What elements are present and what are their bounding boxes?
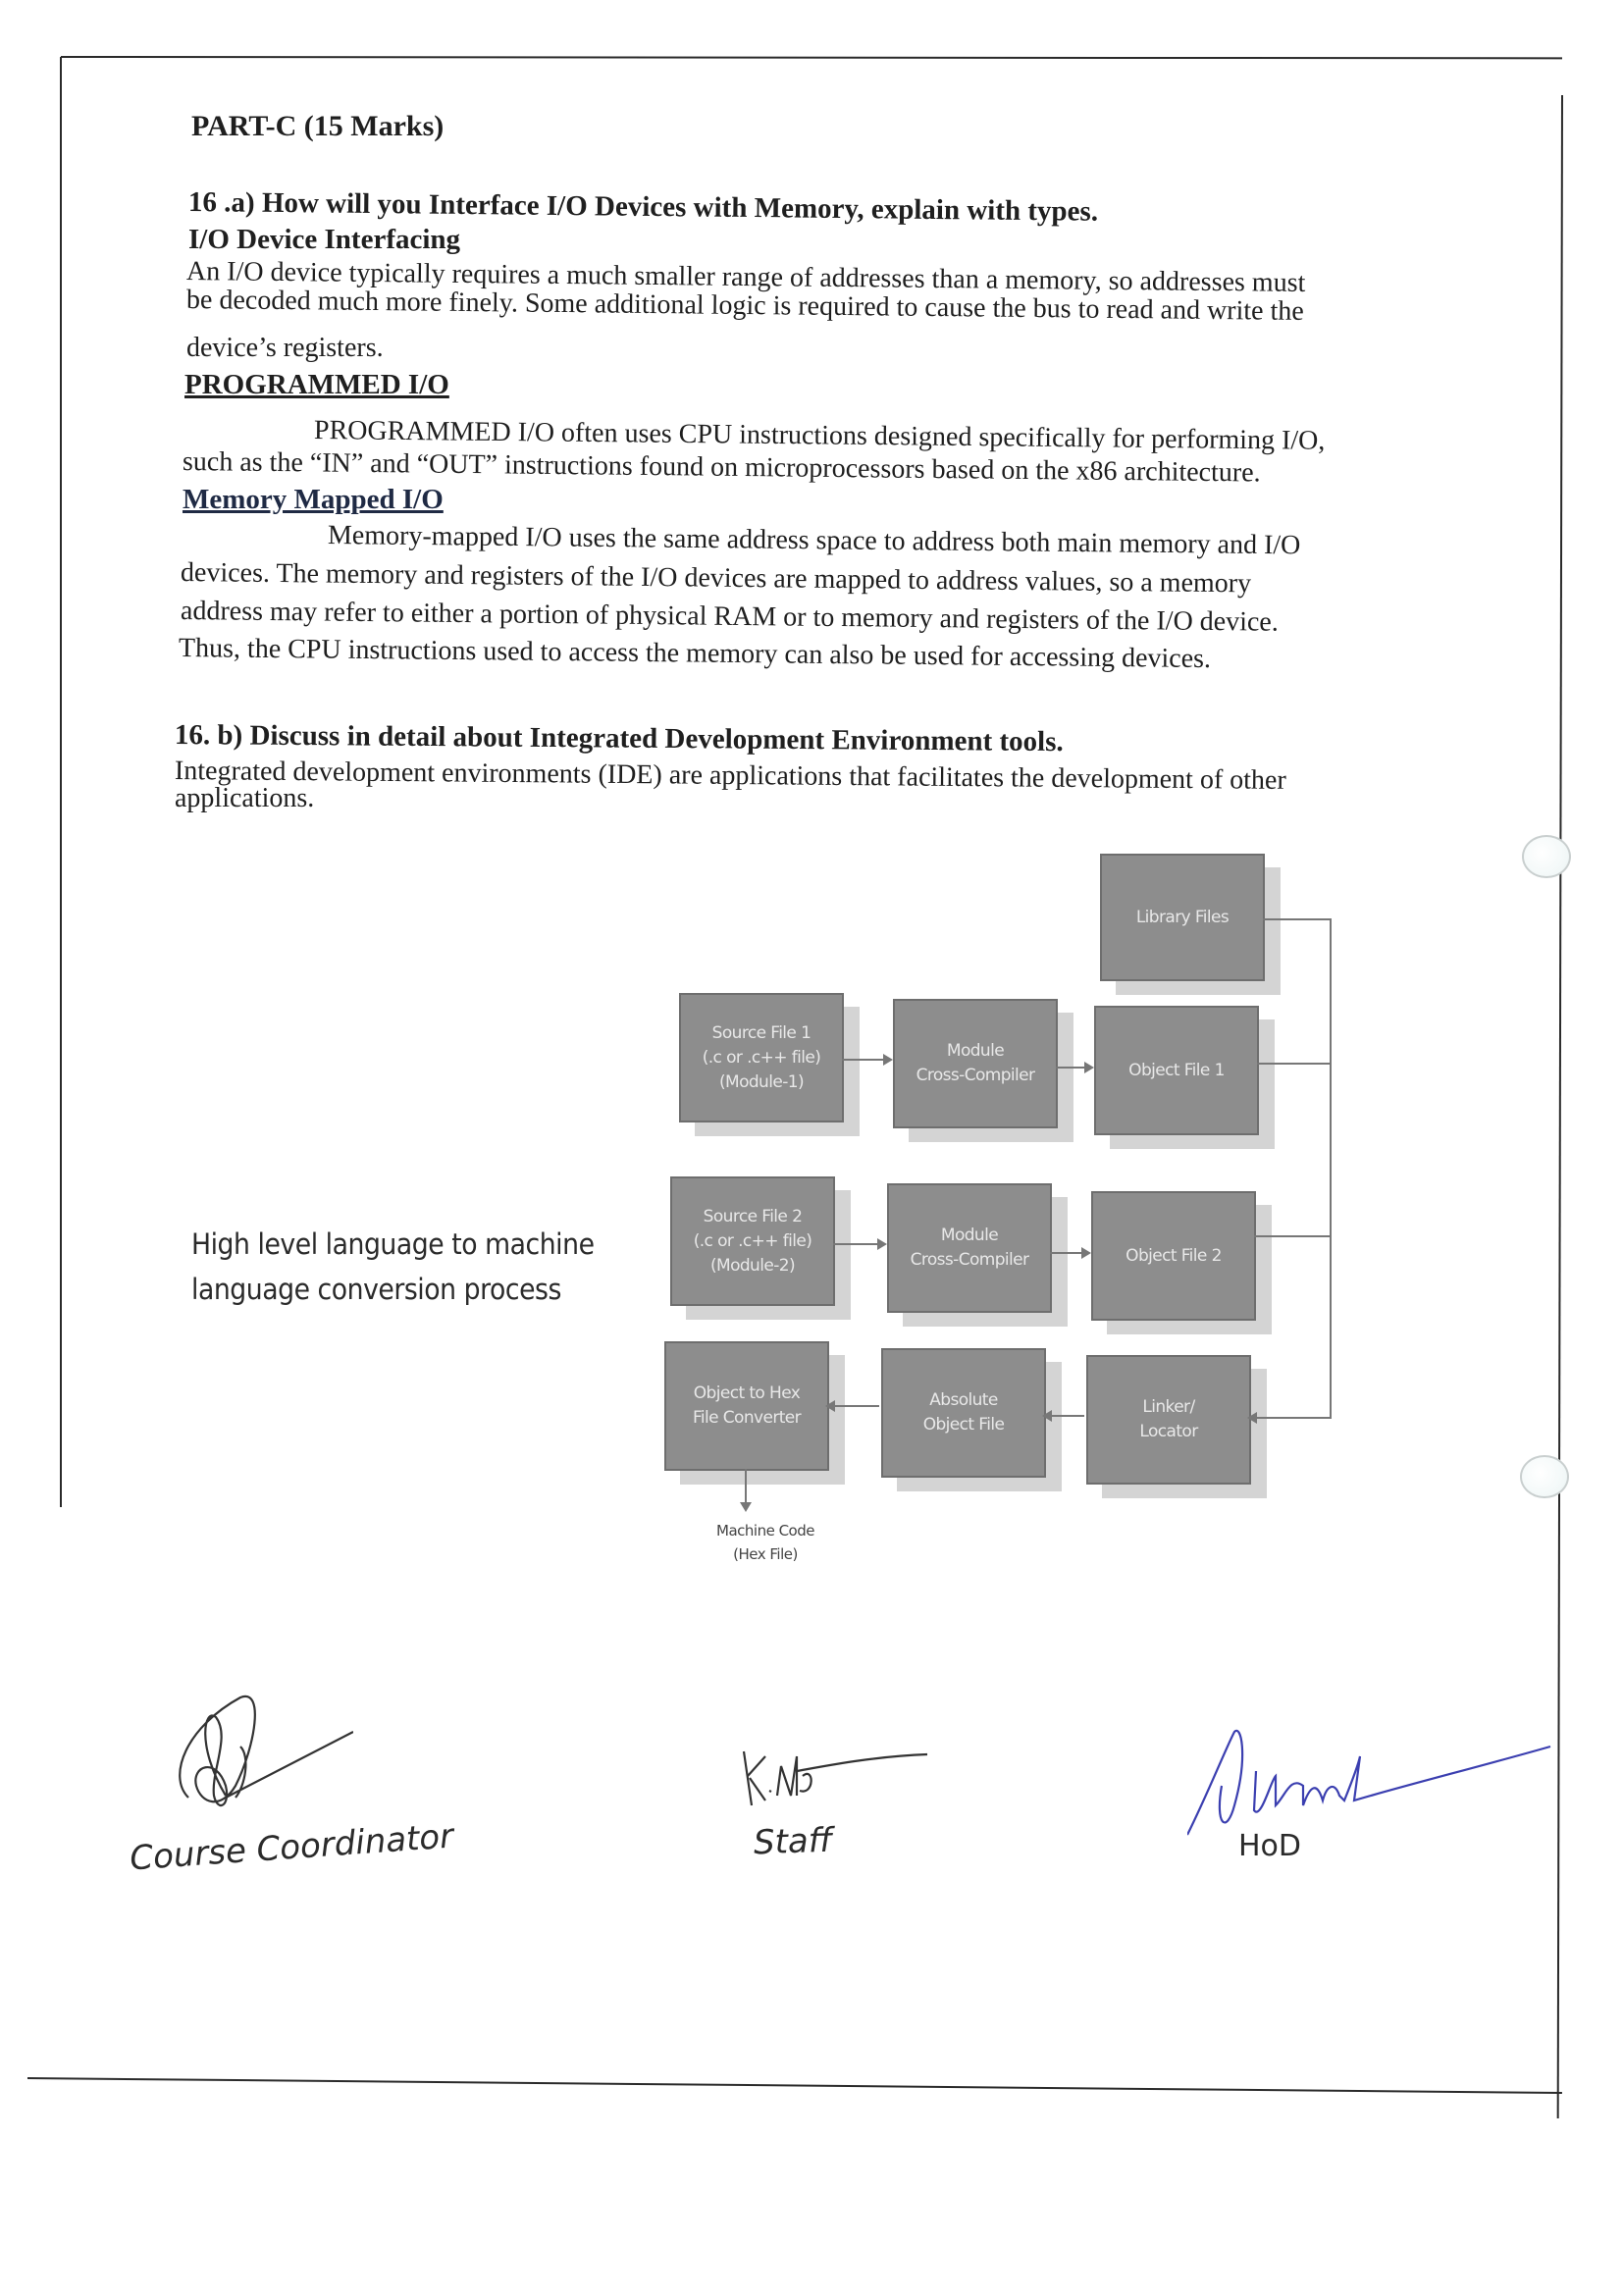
- machine-code-label: Machine Code (Hex File): [682, 1519, 849, 1566]
- hod-label: HoD: [1238, 1829, 1301, 1863]
- connector-object2-out: [1254, 1235, 1330, 1237]
- arrow-compiler2-to-object2: [1050, 1252, 1089, 1254]
- arrow-absolute-to-hexconverter: [827, 1405, 879, 1407]
- block-hex-converter: Object to Hex File Converter: [664, 1341, 829, 1471]
- heading-memory-mapped-io: Memory Mapped I/O: [183, 484, 444, 516]
- staff-signature: [726, 1707, 981, 1815]
- punch-hole-top: [1522, 835, 1571, 878]
- course-coordinator-signature: [157, 1688, 353, 1835]
- intro-line-3: device’s registers.: [186, 333, 384, 364]
- memory-mapped-line-1: Memory-mapped I/O uses the same address …: [328, 520, 1301, 561]
- block-cross-compiler-1: Module Cross-Compiler: [893, 999, 1058, 1128]
- part-heading: PART-C (15 Marks): [191, 110, 444, 143]
- punch-hole-bottom: [1520, 1455, 1569, 1498]
- arrow-source2-to-compiler2: [833, 1243, 885, 1245]
- page-border-bottom: [27, 2077, 1562, 2094]
- block-source-file-1: Source File 1 (.c or .c++ file) (Module-…: [679, 993, 844, 1122]
- connector-object1-out: [1257, 1063, 1330, 1065]
- arrow-compiler1-to-object1: [1056, 1067, 1092, 1069]
- caption-line-1: High level language to machine: [191, 1222, 595, 1267]
- subheading-io-interfacing: I/O Device Interfacing: [188, 224, 460, 256]
- arrow-to-machine-code: [745, 1469, 747, 1510]
- connector-right-bus: [1330, 918, 1332, 1419]
- connector-library-out: [1263, 918, 1332, 920]
- hod-signature: [1187, 1727, 1560, 1845]
- question-16a: 16 .a) How will you Interface I/O Device…: [188, 186, 1098, 229]
- arrow-bus-to-linker: [1249, 1417, 1332, 1419]
- page-border-top: [61, 56, 1562, 59]
- memory-mapped-line-2: devices. The memory and registers of the…: [181, 557, 1251, 600]
- block-library-files: Library Files: [1100, 854, 1265, 981]
- heading-programmed-io: PROGRAMMED I/O: [184, 369, 449, 401]
- block-absolute-object-file: Absolute Object File: [881, 1348, 1046, 1478]
- memory-mapped-line-4: Thus, the CPU instructions used to acces…: [179, 633, 1211, 675]
- block-cross-compiler-2: Module Cross-Compiler: [887, 1183, 1052, 1313]
- block-source-file-2: Source File 2 (.c or .c++ file) (Module-…: [670, 1176, 835, 1306]
- diagram-caption: High level language to machine language …: [191, 1222, 595, 1312]
- arrow-source1-to-compiler1: [842, 1059, 891, 1061]
- question-16b: 16. b) Discuss in detail about Integrate…: [175, 719, 1064, 758]
- block-object-file-2: Object File 2: [1091, 1191, 1256, 1321]
- ide-line-2: applications.: [175, 783, 314, 814]
- memory-mapped-line-3: address may refer to either a portion of…: [181, 596, 1279, 639]
- arrow-linker-to-absolute: [1044, 1415, 1084, 1417]
- block-object-file-1: Object File 1: [1094, 1006, 1259, 1135]
- block-linker-locator: Linker/ Locator: [1086, 1355, 1251, 1485]
- caption-line-2: language conversion process: [191, 1267, 595, 1312]
- staff-label: Staff: [753, 1821, 833, 1863]
- ide-line-1: Integrated development environments (IDE…: [175, 756, 1286, 797]
- page-border-left: [60, 57, 62, 1507]
